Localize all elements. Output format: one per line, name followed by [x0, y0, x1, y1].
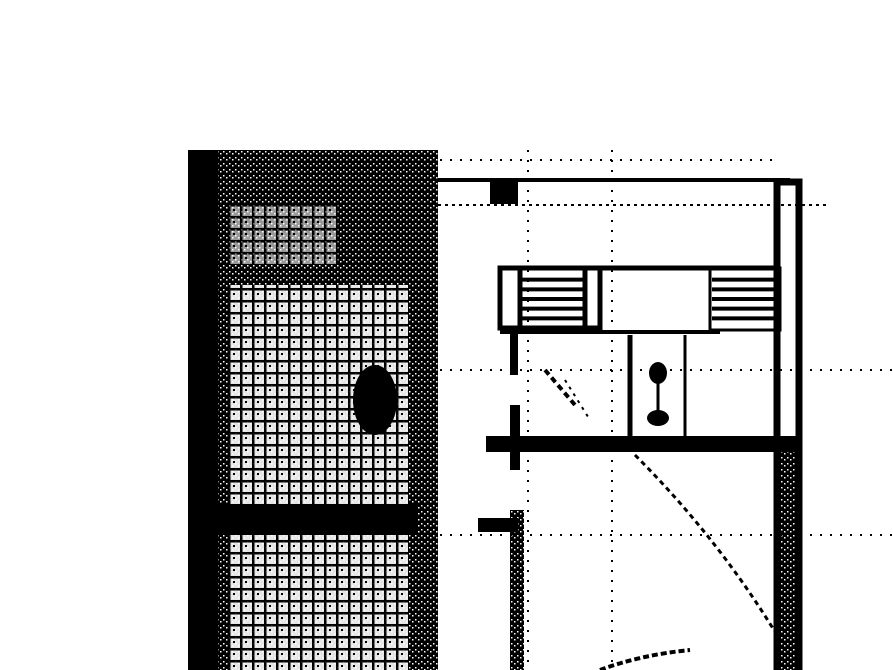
hatched-mass [188, 150, 438, 670]
door-swing [478, 455, 780, 670]
exterior-wall-right [777, 182, 799, 670]
column-fixture [647, 362, 669, 426]
stair-left [500, 268, 600, 330]
grid-lines [440, 150, 893, 670]
plan-canvas [0, 0, 893, 670]
stair-right [710, 268, 780, 330]
landing-beam [486, 330, 796, 470]
diagonal-hatching [545, 370, 590, 420]
exterior-wall-top [438, 178, 830, 205]
